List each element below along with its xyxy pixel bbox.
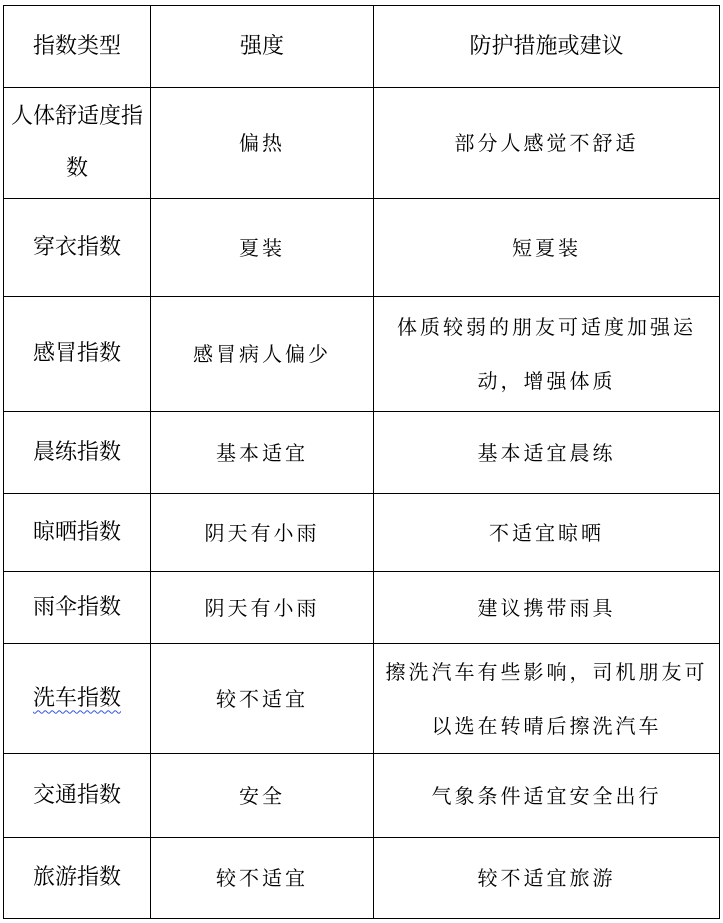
intensity: 较不适宜 — [151, 644, 374, 754]
index-type: 雨伞指数 — [4, 572, 151, 644]
index-type: 人体舒适度指数 — [4, 88, 151, 199]
table-row: 洗车指数 较不适宜 擦洗汽车有些影响，司机朋友可以选在转晴后擦洗汽车 — [4, 644, 720, 754]
weather-index-table: 指数类型 强度 防护措施或建议 人体舒适度指数 偏热 部分人感觉不舒适 穿衣指数… — [3, 5, 720, 919]
intensity: 夏装 — [151, 199, 374, 297]
intensity: 偏热 — [151, 88, 374, 199]
table-row: 穿衣指数 夏装 短夏装 — [4, 199, 720, 297]
index-type-label: 人体舒适度指数 — [11, 104, 143, 181]
advice: 基本适宜晨练 — [374, 412, 720, 494]
header-advice: 防护措施或建议 — [374, 6, 720, 88]
intensity: 安全 — [151, 754, 374, 838]
table-row: 感冒指数 感冒病人偏少 体质较弱的朋友可适度加强运动，增强体质 — [4, 297, 720, 412]
advice: 不适宜晾晒 — [374, 494, 720, 572]
intensity: 阴天有小雨 — [151, 572, 374, 644]
spellcheck-underlined-text: 洗车指数 — [33, 686, 121, 711]
intensity: 感冒病人偏少 — [151, 297, 374, 412]
header-row: 指数类型 强度 防护措施或建议 — [4, 6, 720, 88]
index-type: 交通指数 — [4, 754, 151, 838]
advice: 擦洗汽车有些影响，司机朋友可以选在转晴后擦洗汽车 — [374, 644, 720, 754]
table-row: 雨伞指数 阴天有小雨 建议携带雨具 — [4, 572, 720, 644]
table-row: 旅游指数 较不适宜 较不适宜旅游 — [4, 838, 720, 919]
table-row: 交通指数 安全 气象条件适宜安全出行 — [4, 754, 720, 838]
index-type: 感冒指数 — [4, 297, 151, 412]
advice: 部分人感觉不舒适 — [374, 88, 720, 199]
advice: 体质较弱的朋友可适度加强运动，增强体质 — [374, 297, 720, 412]
table-row: 晨练指数 基本适宜 基本适宜晨练 — [4, 412, 720, 494]
index-type: 洗车指数 — [4, 644, 151, 754]
index-type: 穿衣指数 — [4, 199, 151, 297]
index-type: 晨练指数 — [4, 412, 151, 494]
intensity: 较不适宜 — [151, 838, 374, 919]
advice: 建议携带雨具 — [374, 572, 720, 644]
advice: 较不适宜旅游 — [374, 838, 720, 919]
header-intensity: 强度 — [151, 6, 374, 88]
intensity: 阴天有小雨 — [151, 494, 374, 572]
header-index-type: 指数类型 — [4, 6, 151, 88]
index-type: 晾晒指数 — [4, 494, 151, 572]
table-row: 人体舒适度指数 偏热 部分人感觉不舒适 — [4, 88, 720, 199]
advice: 气象条件适宜安全出行 — [374, 754, 720, 838]
advice: 短夏装 — [374, 199, 720, 297]
table-row: 晾晒指数 阴天有小雨 不适宜晾晒 — [4, 494, 720, 572]
index-type: 旅游指数 — [4, 838, 151, 919]
intensity: 基本适宜 — [151, 412, 374, 494]
